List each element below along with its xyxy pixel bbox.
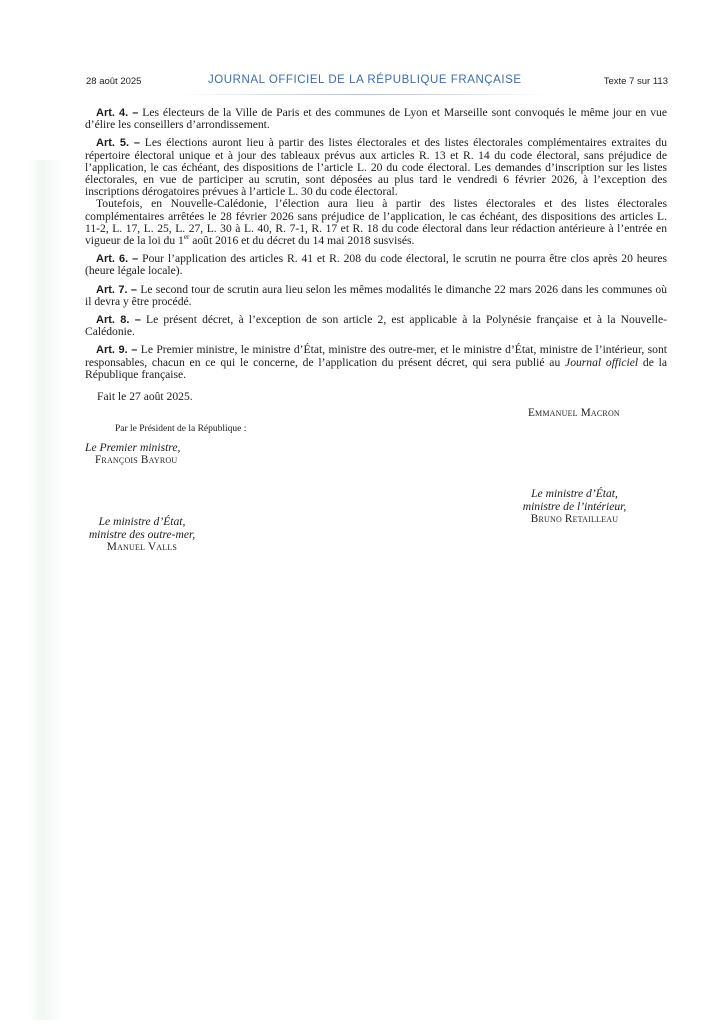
article-9: Art. 9. – Le Premier ministre, le minist… (85, 344, 667, 381)
article-label: Art. 4. – (96, 107, 138, 119)
signatory-role: Le ministre d’État, (82, 515, 202, 528)
article-text: Les élections auront lieu à partir des l… (85, 136, 667, 198)
header-date: 28 août 2025 (86, 76, 141, 87)
article-label: Art. 8. – (96, 314, 141, 326)
article-6: Art. 6. – Pour l’application des article… (85, 253, 667, 277)
signatory-role: ministre de l’intérieur, (512, 500, 637, 513)
article-7: Art. 7. – Le second tour de scrutin aura… (85, 284, 667, 308)
signature-president: Emmanuel Macron (528, 407, 620, 419)
article-label: Art. 9. – (96, 344, 137, 356)
article-text: Pour l’application des articles R. 41 et… (85, 252, 667, 277)
par-le-president: Par le Président de la République : (115, 424, 246, 434)
article-label: Art. 7. – (96, 284, 137, 296)
signatory-role: Le ministre d’État, (512, 487, 637, 500)
article-4: Art. 4. – Les électeurs de la Ville de P… (85, 107, 667, 131)
article-text: Les électeurs de la Ville de Paris et de… (85, 106, 667, 131)
signatory-role: ministre des outre-mer, (82, 528, 202, 541)
decree-body: Art. 4. – Les électeurs de la Ville de P… (85, 107, 667, 381)
fait-le-date: Fait le 27 août 2025. (97, 390, 193, 403)
signatory-name: François Bayrou (85, 454, 180, 467)
signatory-name: Bruno Retailleau (512, 513, 637, 526)
article-5: Art. 5. – Les élections auront lieu à pa… (85, 137, 667, 198)
signatory-ministre-interieur: Le ministre d’État, ministre de l’intéri… (512, 487, 637, 526)
article-text: Le second tour de scrutin aura lieu selo… (85, 283, 667, 308)
signatory-ministre-outremer: Le ministre d’État, ministre des outre-m… (82, 515, 202, 554)
journal-officiel-italic: Journal officiel (565, 356, 638, 369)
journal-title: JOURNAL OFFICIEL DE LA RÉPUBLIQUE FRANÇA… (208, 74, 522, 86)
page-number: Texte 7 sur 113 (604, 76, 668, 87)
scan-margin-tint (28, 160, 64, 1020)
signatory-role: Le Premier ministre, (85, 441, 180, 454)
article-5-paragraph-2: Toutefois, en Nouvelle-Calédonie, l’élec… (85, 198, 667, 247)
article-text: août 2016 et du décret du 14 mai 2018 su… (189, 234, 414, 247)
article-label: Art. 6. – (96, 253, 138, 265)
signatory-premier-ministre: Le Premier ministre, François Bayrou (85, 441, 180, 467)
signatory-name: Manuel Valls (82, 541, 202, 554)
article-text: Le présent décret, à l’exception de son … (85, 313, 667, 338)
article-8: Art. 8. – Le présent décret, à l’excepti… (85, 314, 667, 338)
header-rule (180, 94, 550, 95)
page-header: 28 août 2025 JOURNAL OFFICIEL DE LA RÉPU… (86, 74, 668, 90)
article-label: Art. 5. – (96, 137, 140, 149)
